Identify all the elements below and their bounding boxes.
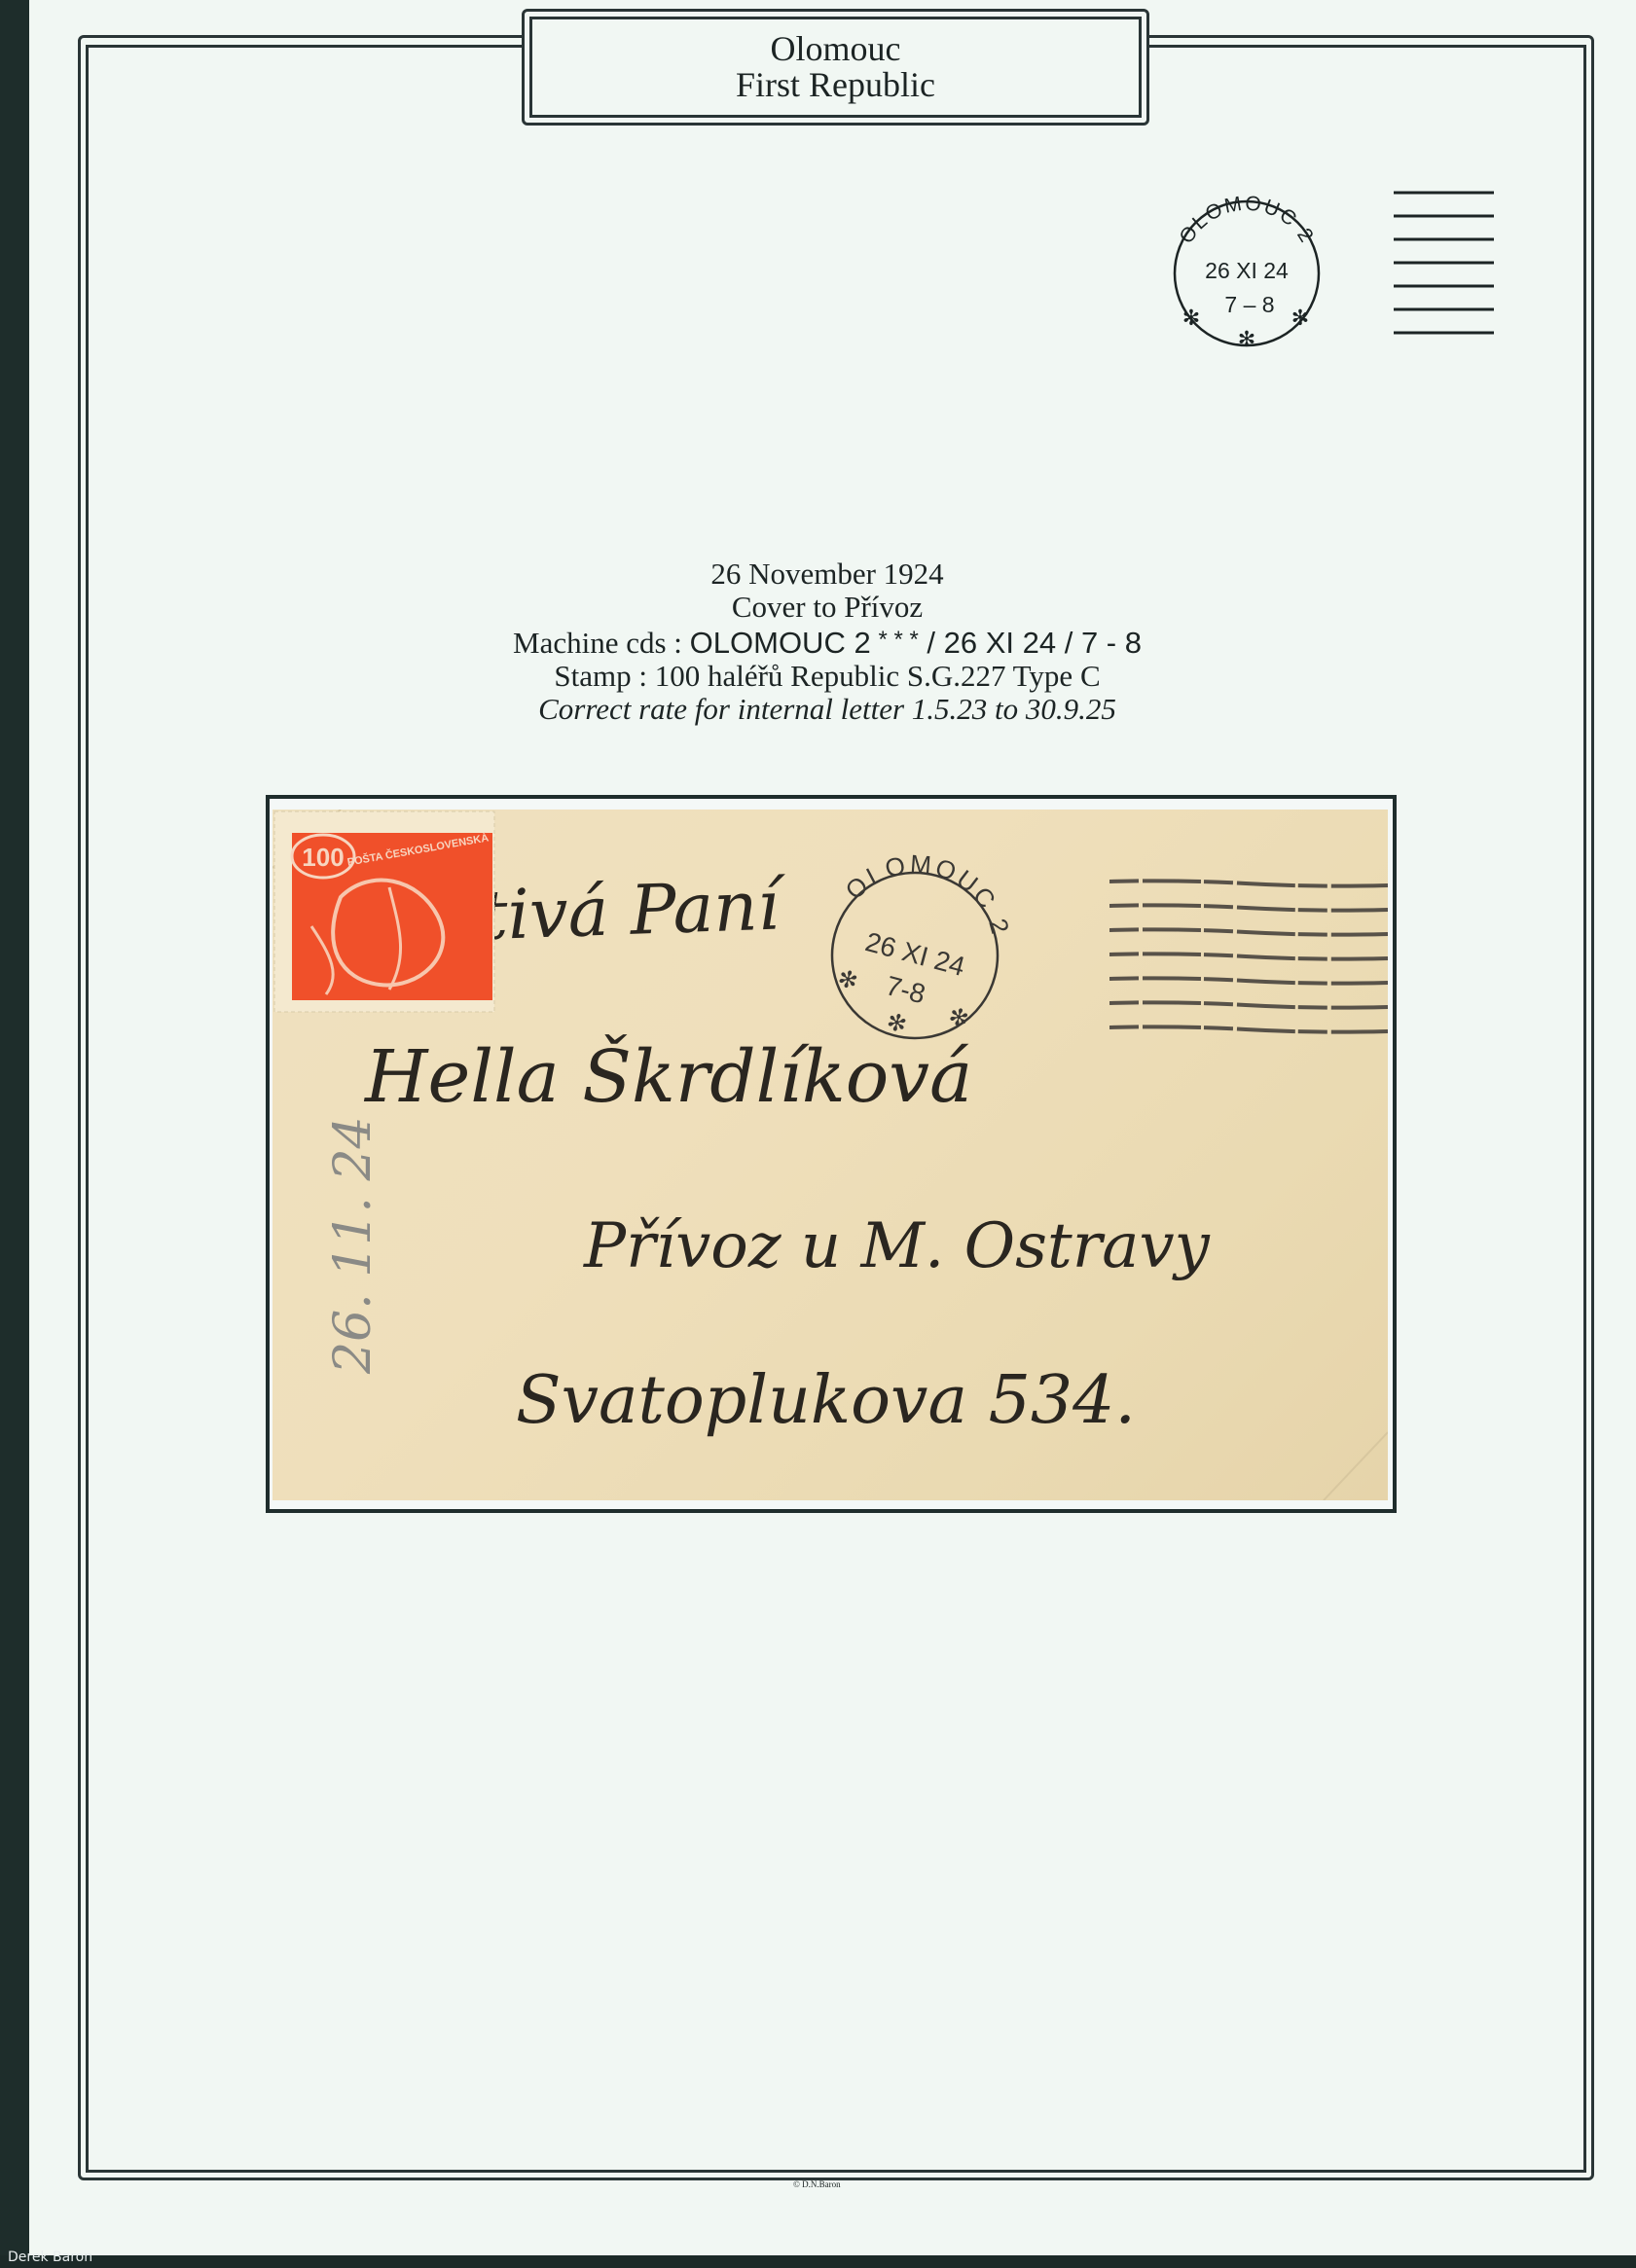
scanner-credit: Derek Baron (8, 2250, 92, 2265)
svg-text:✻: ✻ (884, 1007, 910, 1038)
svg-text:✻: ✻ (1238, 328, 1255, 352)
svg-text:26. 11. 24: 26. 11. 24 (324, 1116, 382, 1375)
svg-text:7-8: 7-8 (883, 970, 928, 1009)
svg-text:Hella Škrdlíková: Hella Škrdlíková (363, 1033, 972, 1119)
svg-text:Přívoz u M. Ostravy: Přívoz u M. Ostravy (583, 1210, 1211, 1282)
svg-text:7 – 8: 7 – 8 (1224, 292, 1274, 317)
svg-text:✻: ✻ (1182, 306, 1200, 331)
copyright-notice: © D.N.Baron (793, 2179, 841, 2189)
svg-text:100: 100 (302, 843, 344, 872)
page-header: Olomouc First Republic (529, 17, 1142, 118)
postage-stamp: 100 POŠTA ČESKOSLOVENSKÁ (273, 810, 496, 1014)
cover-description: 26 November 1924 Cover to Přívoz Machine… (292, 558, 1363, 726)
cancel-bars-illustration (1392, 185, 1499, 341)
svg-text:✻: ✻ (946, 1002, 972, 1033)
cds-line: Machine cds : OLOMOUC 2 * * * / 26 XI 24… (292, 624, 1363, 660)
page-subtitle: First Republic (736, 66, 935, 103)
rate-note: Correct rate for internal letter 1.5.23 … (292, 693, 1363, 726)
stamp-line: Stamp : 100 haléřů Republic S.G.227 Type… (292, 660, 1363, 693)
svg-text:OLOMOUC 2: OLOMOUC 2 (1175, 192, 1318, 247)
cover-date: 26 November 1924 (292, 558, 1363, 591)
svg-text:OLOMOUC 2: OLOMOUC 2 (835, 829, 1031, 947)
machine-cancel-bars (1109, 868, 1388, 1053)
svg-text:26 XI 24: 26 XI 24 (1205, 258, 1289, 283)
envelope-cover: Milostivá Paní Hella Škrdlíková Přívoz u… (273, 810, 1388, 1500)
cancel-illustration: OLOMOUC 2 26 XI 24 7 – 8 ✻ ✻ ✻ (1154, 181, 1339, 356)
scan-edge-left (0, 0, 29, 2268)
cover-destination: Cover to Přívoz (292, 591, 1363, 624)
page-title: Olomouc (771, 31, 901, 66)
svg-text:26 XI 24: 26 XI 24 (862, 926, 968, 982)
svg-text:✻: ✻ (835, 964, 861, 995)
scan-edge-bottom (0, 2255, 1636, 2268)
svg-text:✻: ✻ (1291, 306, 1309, 331)
svg-text:Svatoplukova 534.: Svatoplukova 534. (516, 1362, 1136, 1439)
